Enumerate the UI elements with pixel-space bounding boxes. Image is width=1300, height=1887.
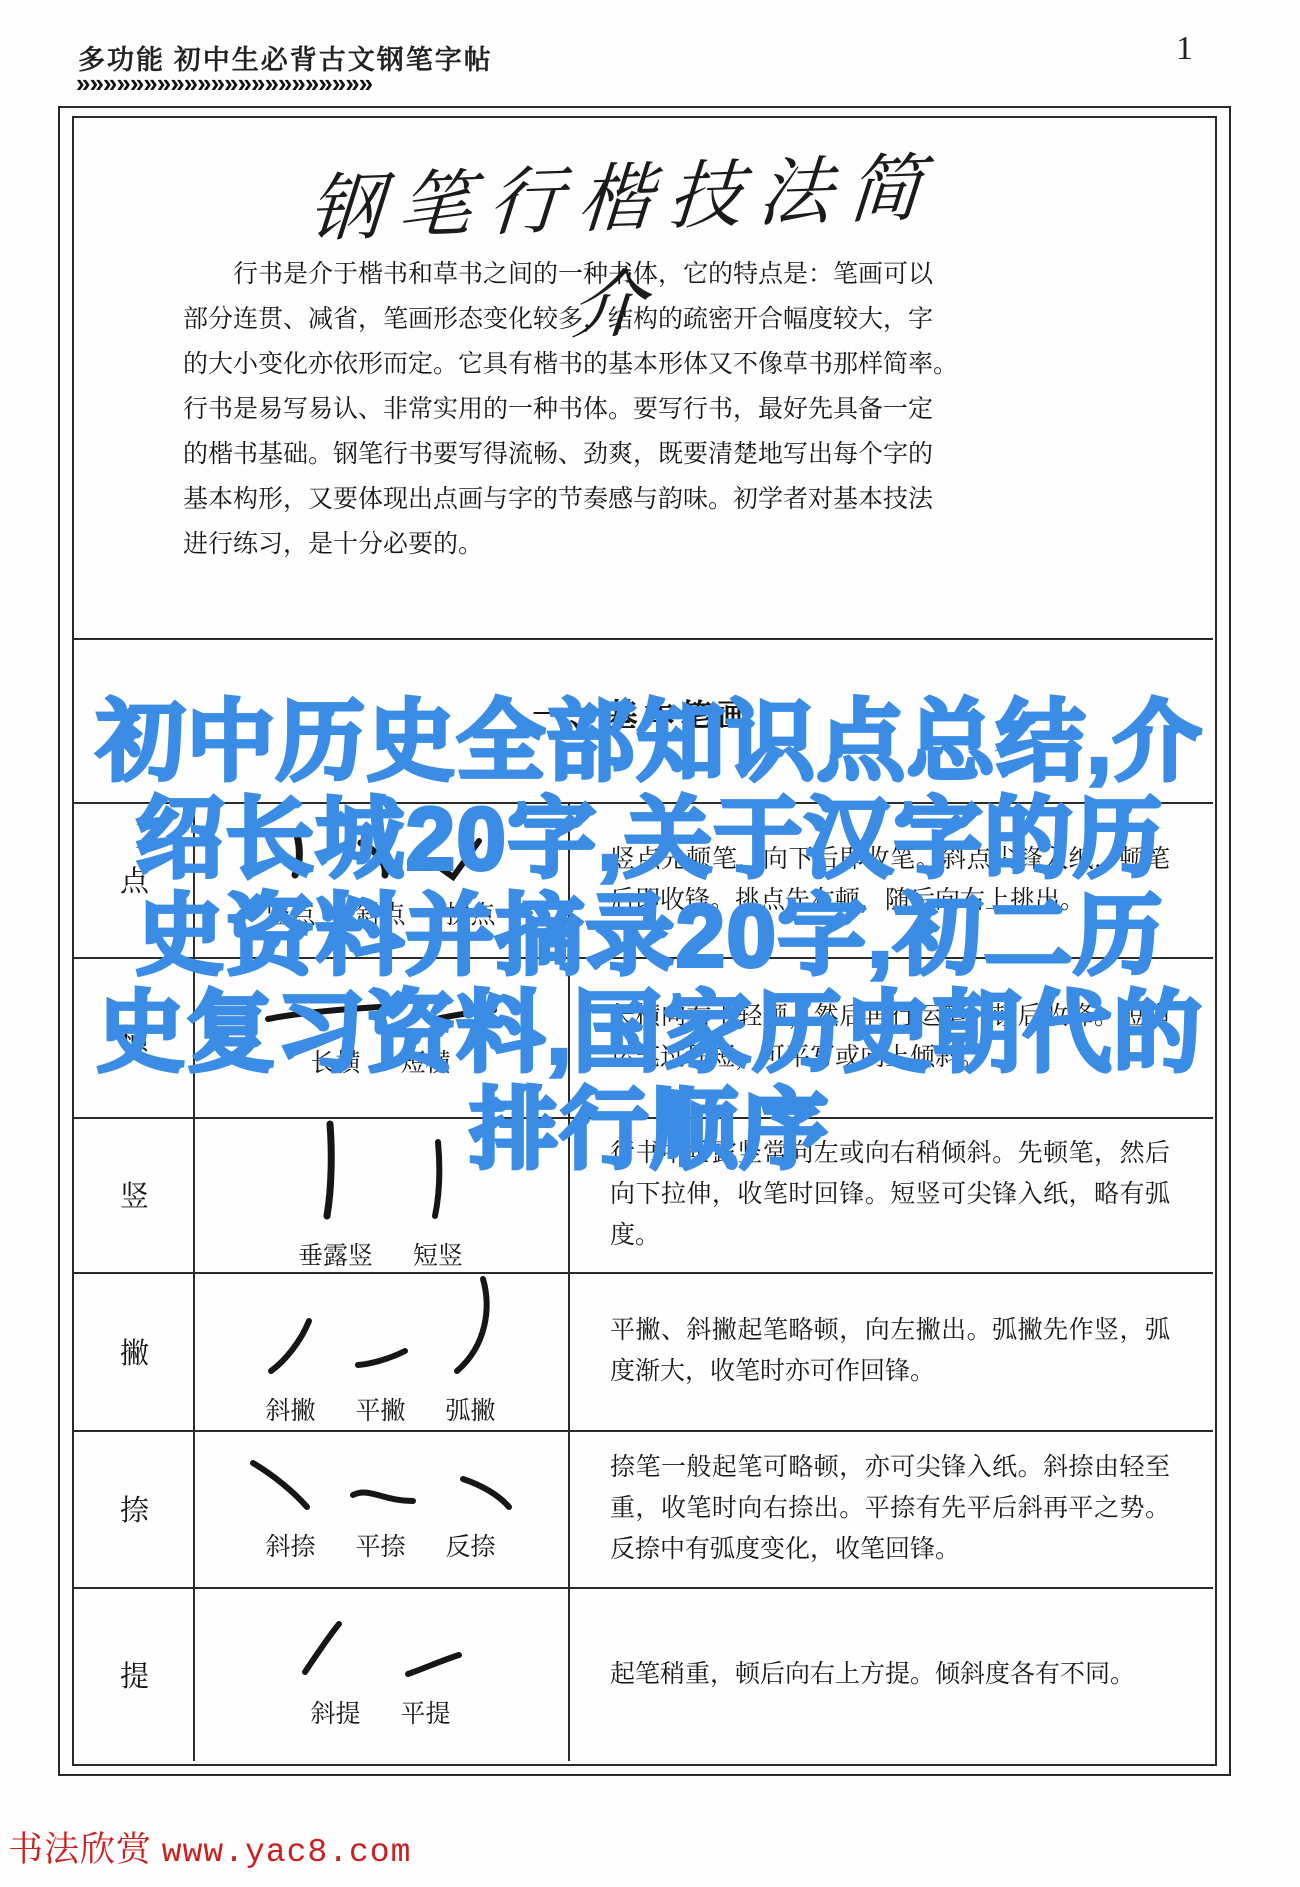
stroke-example-label: 斜撇	[265, 1391, 315, 1427]
stroke-description: 起笔稍重，顿后向右上方提。倾斜度各有不同。	[610, 1654, 1135, 1695]
stroke-row-ti: 提 斜提 平提 起笔稍重，顿后向右上方提。倾斜度各有不同。	[76, 1587, 1213, 1761]
stroke-example-label: 短竖	[413, 1236, 463, 1272]
watermark-site-name: 书法欣赏	[8, 1830, 152, 1869]
stroke-example-label: 平撇	[355, 1391, 405, 1427]
seo-overlay-line: 史资料并摘录20字,初二历	[0, 887, 1300, 984]
seo-overlay-line: 初中历史全部知识点总结,介	[0, 693, 1300, 790]
stroke-example-label: 弧撇	[446, 1391, 496, 1427]
left-falling-stroke-icon	[447, 1275, 499, 1377]
watermark: 书法欣赏 www.yac8.com	[8, 1822, 411, 1872]
intro-line: 进行练习，是十分必要的。	[183, 522, 943, 567]
right-falling-stroke-icon	[455, 1469, 515, 1513]
stroke-example-label: 斜捺	[265, 1527, 315, 1563]
header-arrow-row: »»»»»»»»»»»»»»»»»»»»»»	[76, 68, 372, 99]
stroke-examples: 斜提 平提	[193, 1587, 568, 1761]
page-number: 1	[1176, 30, 1193, 68]
watermark-site-url: www.yac8.com	[162, 1834, 412, 1871]
stroke-example-label: 斜提	[310, 1694, 360, 1730]
right-falling-stroke-icon	[247, 1455, 313, 1513]
rising-stroke-icon	[403, 1646, 465, 1680]
intro-line: 行书是介于楷书和草书之间的一种书体，它的特点是：笔画可以	[183, 252, 943, 297]
section-divider-line	[74, 638, 1213, 640]
stroke-examples: 斜捺 平捺 反捺	[193, 1430, 568, 1587]
intro-line: 部分连贯、减省，笔画形态变化较多，结构的疏密开合幅度较大，字	[183, 297, 943, 342]
stroke-description: 平撇、斜撇起笔略顿，向左撇出。弧撇先作竖，弧度渐大，收笔时亦可作回锋。	[610, 1310, 1170, 1392]
stroke-example-label: 平捺	[355, 1527, 405, 1563]
intro-line: 行书是易写易认、非常实用的一种书体。要写行书，最好先具备一定	[183, 387, 943, 432]
stroke-example-label: 垂露竖	[298, 1236, 373, 1272]
rising-stroke-icon	[297, 1618, 347, 1680]
stroke-row-pie: 撇 斜撇 平撇 弧撇 平撇、斜撇起笔略顿，向左撇出。弧撇先作竖，弧度渐大，收笔时…	[76, 1272, 1213, 1430]
scanned-copybook-page: 多功能 初中生必背古文钢笔字帖 »»»»»»»»»»»»»»»»»»»»»» 1…	[0, 0, 1300, 1887]
left-falling-stroke-icon	[353, 1343, 411, 1377]
stroke-description: 捺笔一般起笔可略顿，亦可尖锋入纸。斜捺由轻至重，收笔时向右捺出。平捺有先平后斜再…	[610, 1447, 1170, 1570]
intro-paragraph: 行书是介于楷书和草书之间的一种书体，它的特点是：笔画可以 部分连贯、减省，笔画形…	[183, 252, 943, 567]
stroke-example-label: 平提	[401, 1694, 451, 1730]
seo-overlay: 初中历史全部知识点总结,介 绍长城20字,关于汉字的历 史资料并摘录20字,初二…	[0, 693, 1300, 1178]
stroke-name: 撇	[76, 1272, 193, 1430]
right-falling-stroke-icon	[349, 1473, 419, 1513]
intro-line: 的楷书基础。钢笔行书要写得流畅、劲爽，既要清楚地写出每个字的	[183, 432, 943, 477]
left-falling-stroke-icon	[263, 1315, 317, 1377]
intro-line: 的大小变化亦依形而定。它具有楷书的基本形体又不像草书那样简率。	[183, 342, 943, 387]
seo-overlay-line: 绍长城20字,关于汉字的历	[0, 790, 1300, 887]
stroke-example-label: 反捺	[446, 1527, 496, 1563]
stroke-row-na: 捺 斜捺 平捺 反捺 捺笔一般起笔可略顿，亦可尖锋入纸。斜捺由轻至重，收笔时向右…	[76, 1430, 1213, 1587]
intro-line: 基本构形，又要体现出点画与字的节奏感与韵味。初学者对基本技法	[183, 477, 943, 522]
seo-overlay-line: 排行顺序	[0, 1081, 1300, 1178]
stroke-examples: 斜撇 平撇 弧撇	[193, 1272, 568, 1430]
stroke-name: 捺	[76, 1430, 193, 1587]
seo-overlay-line: 史复习资料,国家历史朝代的	[0, 984, 1300, 1081]
stroke-name: 提	[76, 1587, 193, 1761]
